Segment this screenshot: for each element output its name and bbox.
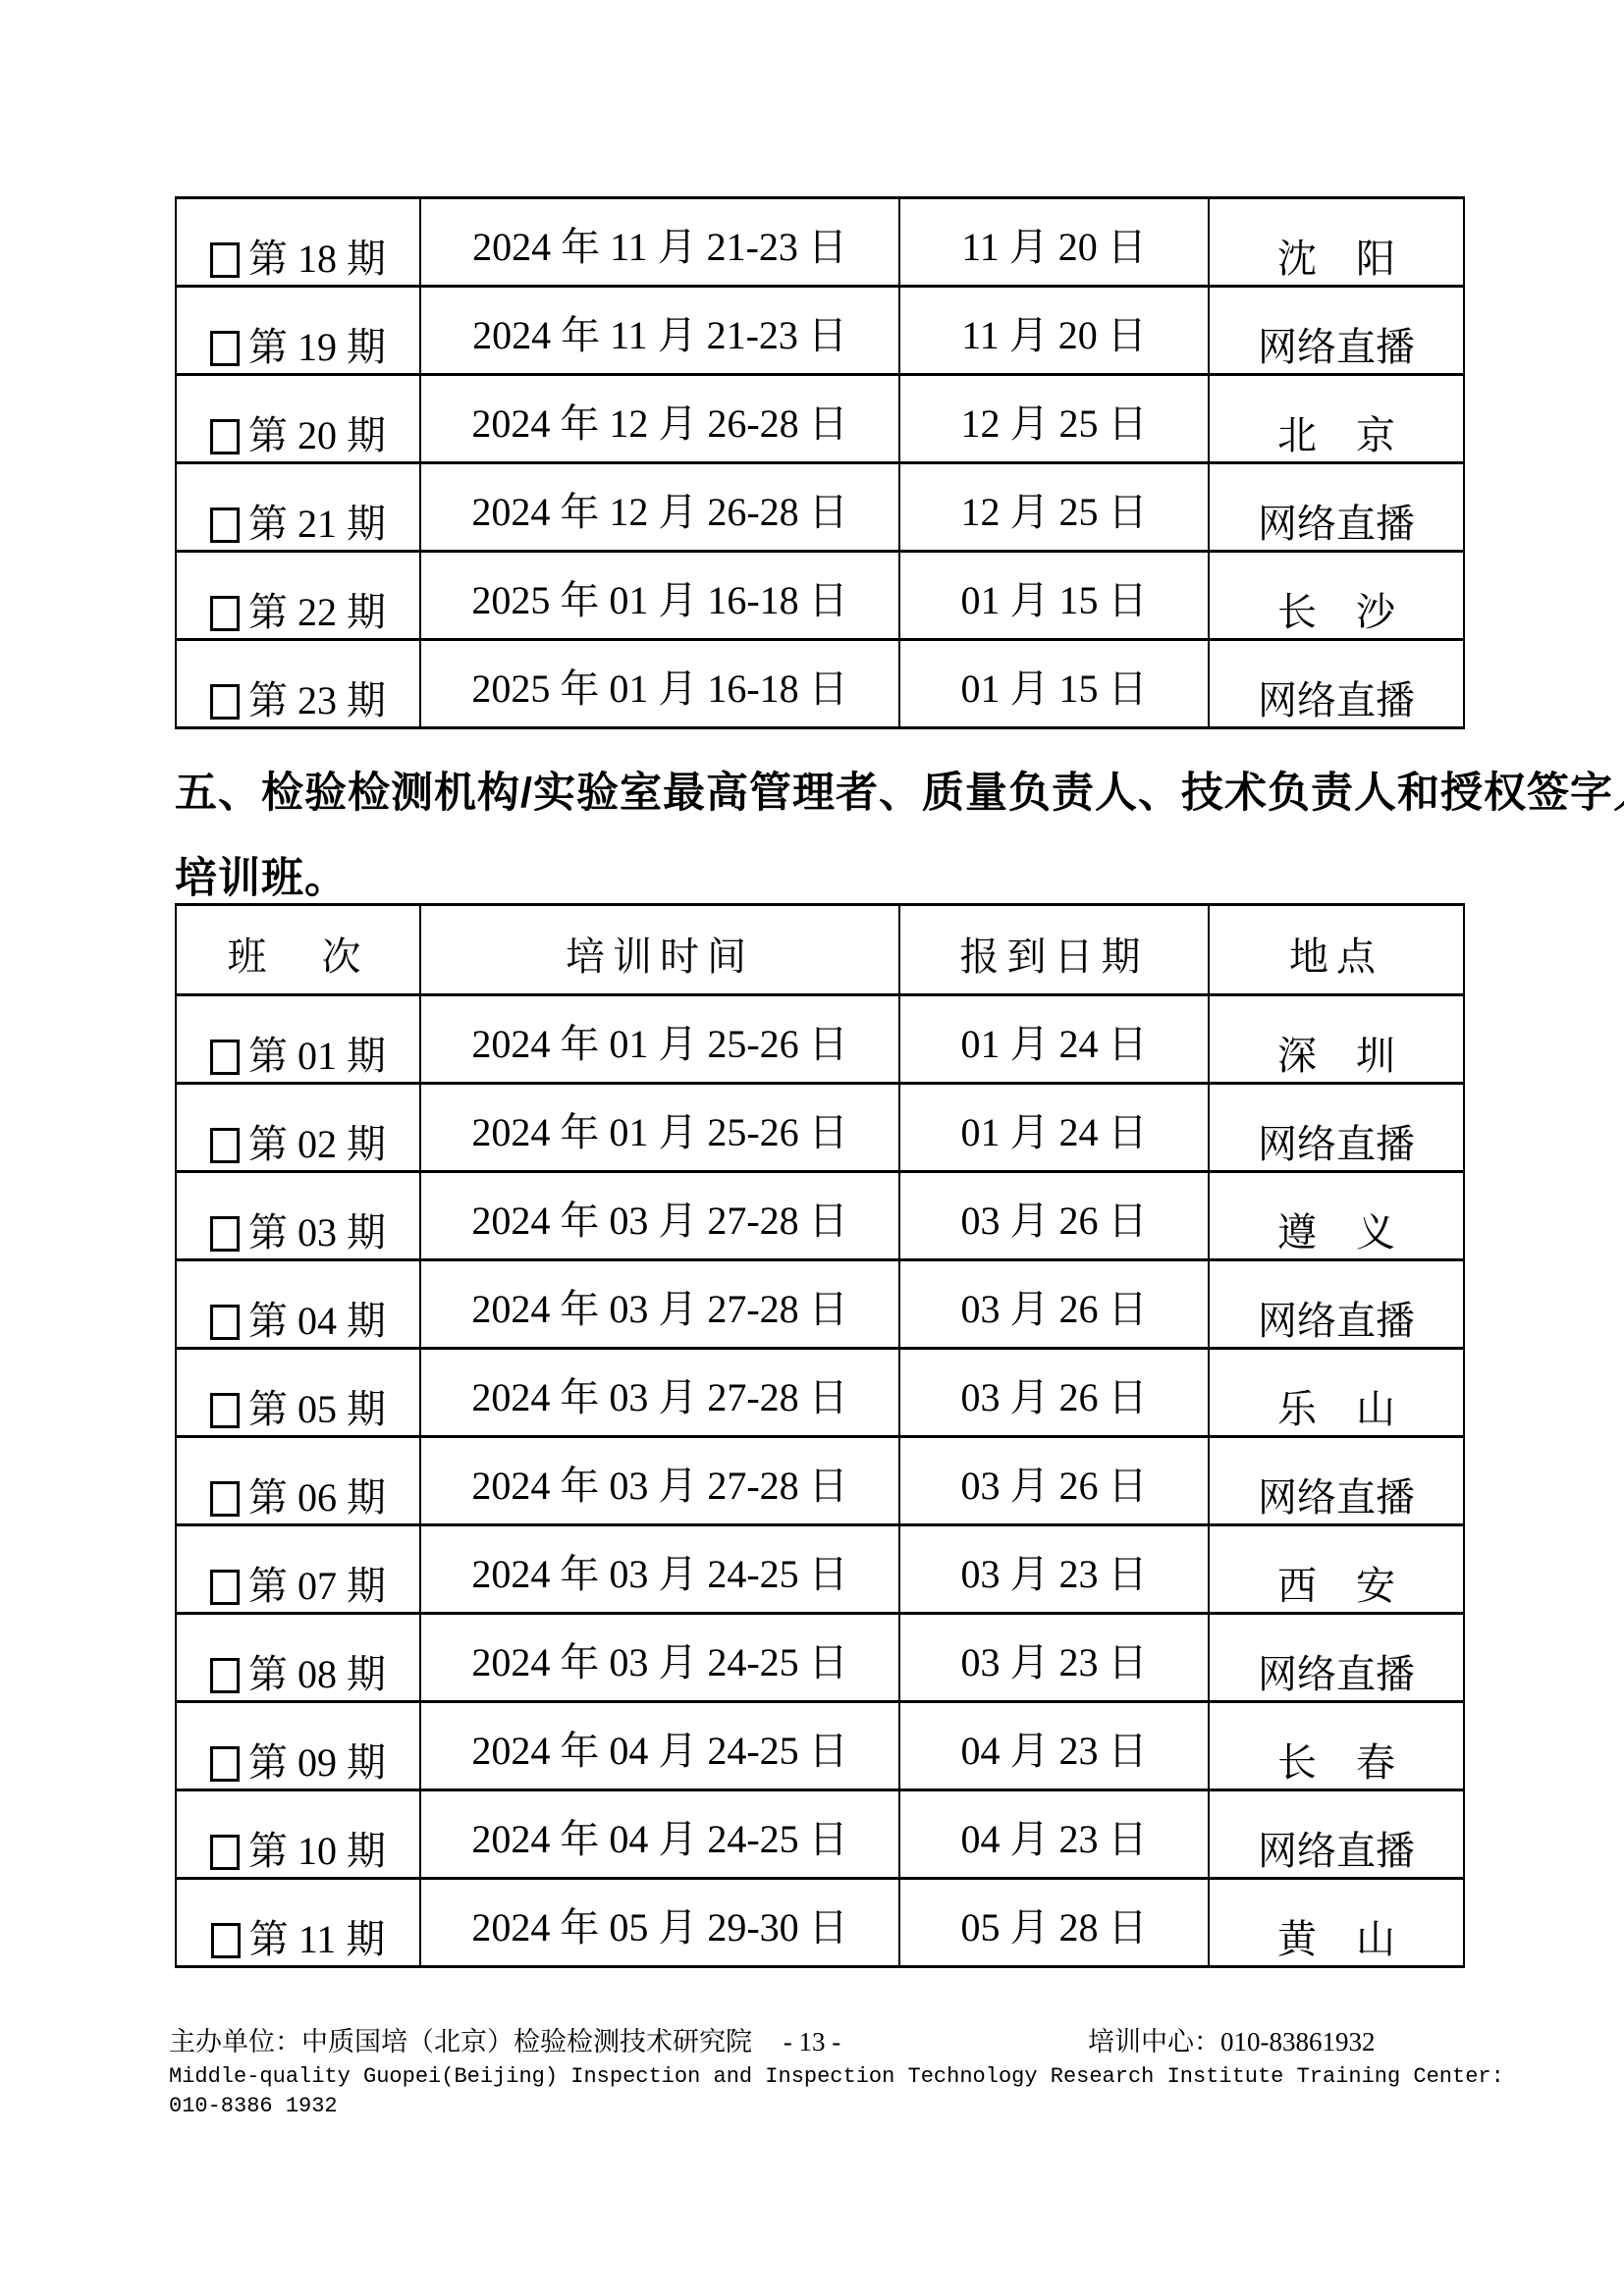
checkin-date: 12 月 25 日 [961, 481, 1148, 537]
session-label: 第 09 期 [248, 1740, 386, 1785]
session-label: 第 22 期 [248, 590, 386, 634]
location: 沈 阳 [1277, 228, 1395, 284]
training-time-cell: 2024 年 11 月 21-23 日 [420, 198, 899, 287]
location: 长 春 [1277, 1732, 1395, 1788]
location: 网络直播 [1258, 493, 1415, 549]
header-session: 班 次 [176, 905, 420, 995]
table-row: 第 10 期 2024 年 04 月 24-25 日 04 月 23 日 网络直… [176, 1790, 1464, 1879]
session-checkbox[interactable] [210, 1658, 240, 1693]
table-row: 第 23 期 2025 年 01 月 16-18 日 01 月 15 日 网络直… [176, 640, 1464, 728]
location-cell: 遵 义 [1209, 1172, 1464, 1260]
session-label: 第 02 期 [248, 1122, 386, 1166]
table-row: 第 01 期 2024 年 01 月 25-26 日 01 月 24 日 深 圳 [176, 995, 1464, 1084]
training-time-cell: 2024 年 12 月 26-28 日 [420, 463, 899, 552]
location: 乐 山 [1277, 1378, 1395, 1434]
footer-phone-line: 010-8386 1932 [169, 2091, 338, 2122]
training-time: 2024 年 03 月 24-25 日 [471, 1631, 847, 1687]
training-time-cell: 2024 年 03 月 27-28 日 [420, 1437, 899, 1525]
location-cell: 北 京 [1209, 375, 1464, 463]
session-label: 第 08 期 [248, 1652, 386, 1696]
session-label: 第 01 期 [248, 1034, 386, 1078]
training-time: 2025 年 01 月 16-18 日 [471, 569, 847, 625]
checkin-date-cell: 01 月 24 日 [899, 1084, 1209, 1172]
checkin-date: 03 月 23 日 [961, 1631, 1148, 1687]
checkin-date: 03 月 26 日 [961, 1455, 1148, 1511]
session-label: 第 05 期 [248, 1387, 386, 1431]
session-checkbox[interactable] [210, 331, 240, 366]
training-time-cell: 2024 年 01 月 25-26 日 [420, 1084, 899, 1172]
session-checkbox[interactable] [210, 1835, 240, 1870]
location-cell: 网络直播 [1209, 1614, 1464, 1702]
checkin-date: 11 月 20 日 [961, 216, 1147, 272]
session-checkbox[interactable] [210, 1040, 240, 1075]
session-cell: 第 04 期 [176, 1260, 420, 1349]
checkin-date: 04 月 23 日 [961, 1808, 1148, 1864]
training-time: 2024 年 04 月 24-25 日 [471, 1720, 847, 1776]
checkin-date: 11 月 20 日 [961, 304, 1147, 360]
session-checkbox[interactable] [210, 1746, 240, 1782]
training-time: 2024 年 12 月 26-28 日 [471, 481, 847, 537]
checkin-date-cell: 11 月 20 日 [899, 287, 1209, 375]
training-time-cell: 2024 年 01 月 25-26 日 [420, 995, 899, 1084]
session-cell: 第 11 期 [176, 1879, 420, 1967]
checkin-date-cell: 12 月 25 日 [899, 463, 1209, 552]
session-cell: 第 01 期 [176, 995, 420, 1084]
checkin-date: 01 月 15 日 [961, 658, 1148, 714]
session-label: 第 19 期 [248, 325, 386, 369]
session-label: 第 18 期 [248, 237, 386, 281]
session-cell: 第 23 期 [176, 640, 420, 728]
session-label: 第 06 期 [248, 1475, 386, 1520]
location: 网络直播 [1258, 316, 1415, 372]
table-row: 第 03 期 2024 年 03 月 27-28 日 03 月 26 日 遵 义 [176, 1172, 1464, 1260]
schedule-table-sessions-18-23: 第 18 期 2024 年 11 月 21-23 日 11 月 20 日 沈 阳… [175, 196, 1465, 729]
session-checkbox[interactable] [210, 1305, 240, 1340]
location-cell: 网络直播 [1209, 287, 1464, 375]
checkin-date-cell: 01 月 15 日 [899, 552, 1209, 640]
session-checkbox[interactable] [210, 242, 240, 278]
training-time: 2024 年 11 月 21-23 日 [472, 216, 847, 272]
document-page: 第 18 期 2024 年 11 月 21-23 日 11 月 20 日 沈 阳… [0, 0, 1624, 2296]
checkin-date-cell: 03 月 23 日 [899, 1614, 1209, 1702]
header-training-time: 培训时间 [420, 905, 899, 995]
session-cell: 第 20 期 [176, 375, 420, 463]
training-time-cell: 2024 年 12 月 26-28 日 [420, 375, 899, 463]
footer-training-center-phone: 培训中心：010-83861932 [1088, 2026, 1376, 2057]
checkin-date-cell: 03 月 26 日 [899, 1349, 1209, 1437]
location: 网络直播 [1258, 1290, 1415, 1346]
checkin-date-cell: 03 月 26 日 [899, 1172, 1209, 1260]
location-cell: 长 沙 [1209, 552, 1464, 640]
session-cell: 第 06 期 [176, 1437, 420, 1525]
location: 北 京 [1277, 404, 1395, 460]
footer-host-organization: 主办单位：中质国培（北京）检验检测技术研究院 [169, 2026, 752, 2057]
footer-english-line: Middle-quality Guopei(Beijing) Inspectio… [169, 2061, 1504, 2093]
session-cell: 第 07 期 [176, 1525, 420, 1614]
training-time: 2024 年 03 月 27-28 日 [471, 1366, 847, 1422]
training-time-cell: 2024 年 03 月 24-25 日 [420, 1614, 899, 1702]
schedule-table-sessions-01-11: 班 次 培训时间 报到日期 地点 第 01 期 2024 年 01 月 25-2… [175, 903, 1465, 1968]
session-label: 第 03 期 [248, 1210, 386, 1255]
training-time: 2024 年 01 月 25-26 日 [471, 1101, 847, 1157]
session-cell: 第 22 期 [176, 552, 420, 640]
training-time: 2024 年 12 月 26-28 日 [471, 393, 847, 449]
table-row: 第 11 期 2024 年 05 月 29-30 日 05 月 28 日 黄 山 [176, 1879, 1464, 1967]
table-row: 第 02 期 2024 年 01 月 25-26 日 01 月 24 日 网络直… [176, 1084, 1464, 1172]
training-time-cell: 2024 年 05 月 29-30 日 [420, 1879, 899, 1967]
table-row: 第 18 期 2024 年 11 月 21-23 日 11 月 20 日 沈 阳 [176, 198, 1464, 287]
training-time: 2024 年 11 月 21-23 日 [472, 304, 847, 360]
session-checkbox[interactable] [210, 1570, 240, 1605]
checkin-date: 04 月 23 日 [961, 1720, 1148, 1776]
header-location: 地点 [1209, 905, 1464, 995]
table-row: 第 19 期 2024 年 11 月 21-23 日 11 月 20 日 网络直… [176, 287, 1464, 375]
training-time: 2024 年 03 月 27-28 日 [471, 1455, 847, 1511]
location-cell: 网络直播 [1209, 463, 1464, 552]
location: 网络直播 [1258, 1820, 1415, 1876]
checkin-date-cell: 01 月 15 日 [899, 640, 1209, 728]
table-row: 第 08 期 2024 年 03 月 24-25 日 03 月 23 日 网络直… [176, 1614, 1464, 1702]
checkin-date: 03 月 23 日 [961, 1543, 1148, 1599]
location-cell: 深 圳 [1209, 995, 1464, 1084]
session-cell: 第 21 期 [176, 463, 420, 552]
training-time: 2024 年 03 月 27-28 日 [471, 1278, 847, 1334]
table-row: 第 05 期 2024 年 03 月 27-28 日 03 月 26 日 乐 山 [176, 1349, 1464, 1437]
checkin-date-cell: 01 月 24 日 [899, 995, 1209, 1084]
training-time-cell: 2024 年 11 月 21-23 日 [420, 287, 899, 375]
location: 网络直播 [1258, 1113, 1415, 1169]
location: 黄 山 [1277, 1908, 1395, 1964]
checkin-date-cell: 12 月 25 日 [899, 375, 1209, 463]
location: 网络直播 [1258, 1467, 1415, 1522]
table-row: 第 21 期 2024 年 12 月 26-28 日 12 月 25 日 网络直… [176, 463, 1464, 552]
training-time-cell: 2024 年 03 月 27-28 日 [420, 1260, 899, 1349]
location-cell: 网络直播 [1209, 1437, 1464, 1525]
session-label: 第 11 期 [249, 1917, 386, 1961]
table-header-row: 班 次 培训时间 报到日期 地点 [176, 905, 1464, 995]
location-cell: 西 安 [1209, 1525, 1464, 1614]
session-cell: 第 10 期 [176, 1790, 420, 1879]
training-time-cell: 2024 年 03 月 27-28 日 [420, 1349, 899, 1437]
location: 深 圳 [1277, 1025, 1395, 1081]
location: 西 安 [1277, 1555, 1395, 1611]
location-cell: 沈 阳 [1209, 198, 1464, 287]
checkin-date: 03 月 26 日 [961, 1278, 1148, 1334]
checkin-date-cell: 04 月 23 日 [899, 1790, 1209, 1879]
checkin-date-cell: 04 月 23 日 [899, 1702, 1209, 1790]
session-label: 第 04 期 [248, 1299, 386, 1343]
session-cell: 第 19 期 [176, 287, 420, 375]
session-label: 第 20 期 [248, 413, 386, 457]
table-row: 第 06 期 2024 年 03 月 27-28 日 03 月 26 日 网络直… [176, 1437, 1464, 1525]
training-time: 2024 年 04 月 24-25 日 [471, 1808, 847, 1864]
section-heading-line2: 培训班。 [175, 845, 348, 905]
session-label: 第 07 期 [248, 1564, 386, 1608]
session-checkbox[interactable] [210, 1216, 240, 1252]
checkin-date-cell: 03 月 26 日 [899, 1260, 1209, 1349]
session-cell: 第 03 期 [176, 1172, 420, 1260]
training-time-cell: 2024 年 04 月 24-25 日 [420, 1790, 899, 1879]
training-time-cell: 2025 年 01 月 16-18 日 [420, 640, 899, 728]
checkin-date: 03 月 26 日 [961, 1190, 1148, 1246]
training-time: 2024 年 03 月 24-25 日 [471, 1543, 847, 1599]
session-checkbox[interactable] [210, 507, 240, 543]
location-cell: 乐 山 [1209, 1349, 1464, 1437]
session-label: 第 23 期 [248, 678, 386, 722]
checkin-date: 01 月 15 日 [961, 569, 1148, 625]
training-time-cell: 2024 年 03 月 24-25 日 [420, 1525, 899, 1614]
checkin-date: 03 月 26 日 [961, 1366, 1148, 1422]
location-cell: 网络直播 [1209, 1790, 1464, 1879]
location-cell: 网络直播 [1209, 1260, 1464, 1349]
checkin-date: 12 月 25 日 [961, 393, 1148, 449]
checkin-date: 01 月 24 日 [961, 1013, 1148, 1069]
section-heading-line1: 五、检验检测机构/实验室最高管理者、质量负责人、技术负责人和授权签字人 [175, 760, 1624, 820]
session-label: 第 21 期 [248, 502, 386, 546]
training-time: 2025 年 01 月 16-18 日 [471, 658, 847, 714]
session-cell: 第 05 期 [176, 1349, 420, 1437]
session-cell: 第 08 期 [176, 1614, 420, 1702]
table-row: 第 09 期 2024 年 04 月 24-25 日 04 月 23 日 长 春 [176, 1702, 1464, 1790]
location: 网络直播 [1258, 669, 1415, 725]
table-row: 第 04 期 2024 年 03 月 27-28 日 03 月 26 日 网络直… [176, 1260, 1464, 1349]
training-time-cell: 2024 年 03 月 27-28 日 [420, 1172, 899, 1260]
table-row: 第 20 期 2024 年 12 月 26-28 日 12 月 25 日 北 京 [176, 375, 1464, 463]
checkin-date: 05 月 28 日 [961, 1896, 1148, 1952]
session-checkbox[interactable] [210, 684, 240, 720]
session-checkbox[interactable] [210, 596, 240, 631]
training-time-cell: 2024 年 04 月 24-25 日 [420, 1702, 899, 1790]
checkin-date: 01 月 24 日 [961, 1101, 1148, 1157]
location: 遵 义 [1277, 1201, 1395, 1257]
training-time: 2024 年 05 月 29-30 日 [471, 1896, 847, 1952]
location-cell: 网络直播 [1209, 1084, 1464, 1172]
checkin-date-cell: 11 月 20 日 [899, 198, 1209, 287]
session-label: 第 10 期 [248, 1829, 386, 1873]
session-cell: 第 09 期 [176, 1702, 420, 1790]
checkin-date-cell: 03 月 23 日 [899, 1525, 1209, 1614]
training-time: 2024 年 01 月 25-26 日 [471, 1013, 847, 1069]
location-cell: 网络直播 [1209, 640, 1464, 728]
session-checkbox[interactable] [210, 419, 240, 454]
session-cell: 第 18 期 [176, 198, 420, 287]
checkin-date-cell: 03 月 26 日 [899, 1437, 1209, 1525]
location-cell: 长 春 [1209, 1702, 1464, 1790]
location-cell: 黄 山 [1209, 1879, 1464, 1967]
location: 网络直播 [1258, 1643, 1415, 1699]
session-checkbox[interactable] [210, 1481, 240, 1517]
table-row: 第 07 期 2024 年 03 月 24-25 日 03 月 23 日 西 安 [176, 1525, 1464, 1614]
location: 长 沙 [1277, 581, 1395, 637]
checkin-date-cell: 05 月 28 日 [899, 1879, 1209, 1967]
session-cell: 第 02 期 [176, 1084, 420, 1172]
session-checkbox[interactable] [210, 1393, 240, 1428]
training-time-cell: 2025 年 01 月 16-18 日 [420, 552, 899, 640]
session-checkbox[interactable] [211, 1923, 241, 1958]
table-row: 第 22 期 2025 年 01 月 16-18 日 01 月 15 日 长 沙 [176, 552, 1464, 640]
header-checkin-date: 报到日期 [899, 905, 1209, 995]
session-checkbox[interactable] [210, 1128, 240, 1163]
training-time: 2024 年 03 月 27-28 日 [471, 1190, 847, 1246]
